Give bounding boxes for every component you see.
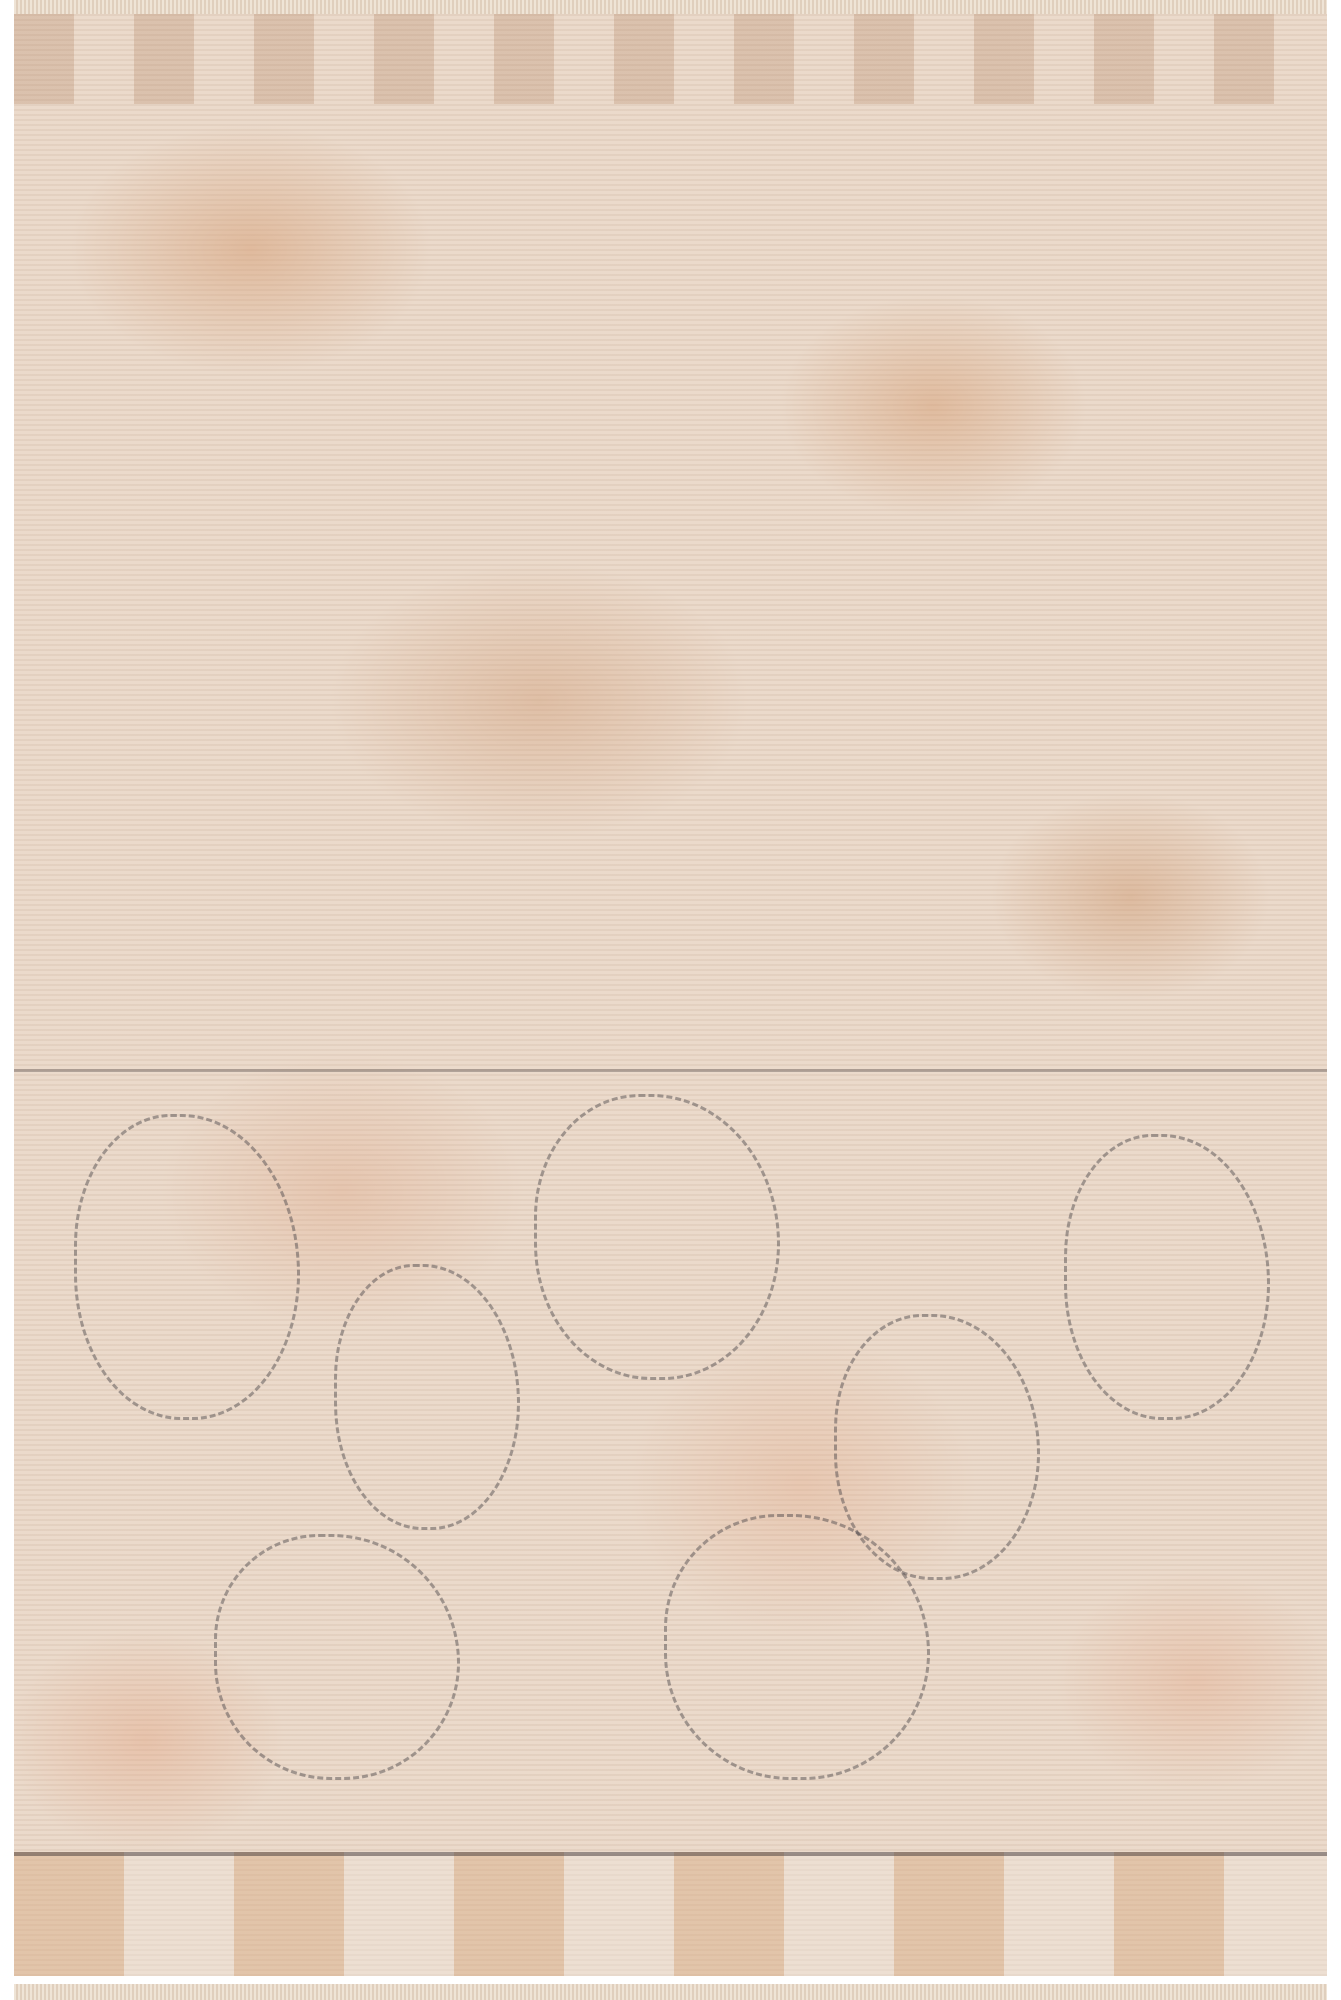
bottom-border: [14, 1852, 1327, 1976]
bottom-fringe: [14, 1984, 1327, 2000]
rug: [14, 14, 1327, 1976]
floral-motif: [534, 1094, 780, 1380]
floral-motif: [214, 1534, 460, 1780]
field-divider-line: [14, 1069, 1327, 1072]
floral-motif: [1064, 1134, 1270, 1420]
floral-motif: [334, 1264, 520, 1530]
floral-motif: [74, 1114, 300, 1420]
top-border: [14, 14, 1327, 104]
